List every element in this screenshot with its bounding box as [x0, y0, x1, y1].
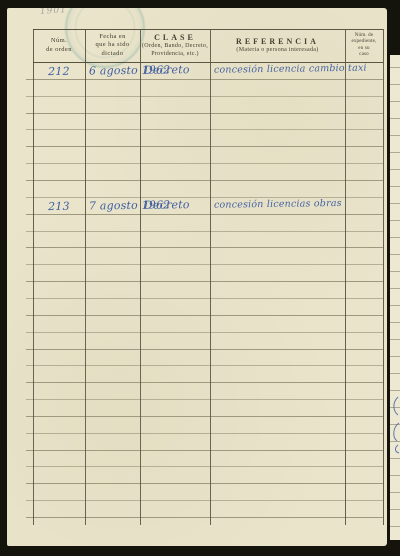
rule-line	[26, 129, 383, 130]
neighbor-ink-mark-icon	[390, 395, 400, 455]
entry-fecha: 6 agosto 1962	[89, 65, 139, 78]
header-title: CLASE	[154, 33, 196, 43]
column-header-clase: CLASE (Orden, Bando, Decreto, Providenci…	[140, 29, 210, 62]
rule-line	[390, 169, 400, 170]
rule-line	[390, 322, 400, 323]
entry-clase: Decreto	[144, 64, 208, 77]
rule-line	[26, 365, 383, 366]
header-text: (Orden, Bando, Decreto,	[142, 43, 208, 51]
rule-line	[26, 349, 383, 350]
rule-line	[390, 152, 400, 153]
rule-line	[390, 220, 400, 221]
rule-line	[390, 288, 400, 289]
rule-line	[390, 67, 400, 68]
header-text: dictado	[102, 50, 124, 58]
rule-line	[390, 118, 400, 119]
rule-line	[26, 483, 383, 484]
rule-line	[26, 298, 383, 299]
column-header-fecha: Fecha en que ha sido dictado	[85, 29, 140, 62]
rule-line	[26, 399, 383, 400]
rule-line	[383, 29, 384, 525]
rule-line	[390, 356, 400, 357]
rule-line	[26, 466, 383, 467]
next-page-edge	[390, 55, 400, 540]
header-text: Fecha en	[99, 33, 125, 41]
rule-line	[26, 500, 383, 501]
scanned-register-page: { "document": { "corner_note": "1901", "…	[0, 0, 400, 556]
entry-clase: Decreto	[144, 199, 208, 212]
rule-line	[210, 29, 211, 525]
rule-line	[26, 146, 383, 147]
rule-line	[390, 475, 400, 476]
rule-line	[390, 305, 400, 306]
rule-line	[26, 281, 383, 282]
rule-line	[390, 458, 400, 459]
column-header-referencia: REFERENCIA (Materia o persona interesada…	[210, 29, 345, 62]
entry-num: 213	[35, 200, 83, 213]
rule-line	[26, 96, 383, 97]
rule-line	[390, 526, 400, 527]
rule-line	[390, 254, 400, 255]
rule-line	[390, 509, 400, 510]
header-text: caso	[359, 52, 369, 59]
header-text: de orden	[46, 46, 72, 54]
rule-line	[26, 382, 383, 383]
header-title: REFERENCIA	[236, 37, 319, 47]
rule-line	[26, 231, 383, 232]
header-text: Núm.	[51, 37, 67, 45]
rule-line	[390, 271, 400, 272]
rule-line	[390, 203, 400, 204]
rule-line	[85, 29, 86, 525]
rule-line	[26, 163, 383, 164]
entry-fecha: 7 agosto 1962	[89, 200, 139, 213]
entry-num: 212	[35, 66, 83, 79]
ledger-sheet: 1901 Núm. de orden Fecha en que ha sido …	[7, 8, 387, 546]
rule-line	[26, 315, 383, 316]
rule-line	[26, 450, 383, 451]
rule-line	[390, 101, 400, 102]
rule-line	[26, 416, 383, 417]
rule-line	[26, 264, 383, 265]
header-text: Providencia, etc.)	[151, 51, 199, 59]
rule-line	[390, 135, 400, 136]
header-text: que ha sido	[95, 41, 129, 49]
corner-pencil-note: 1901	[40, 8, 68, 17]
column-header-num-orden: Núm. de orden	[33, 29, 85, 62]
rule-line	[140, 29, 141, 525]
column-header-expediente: Núm. de expediente, en su caso	[345, 29, 383, 62]
entry-referencia: concesión licencia cambio taxi	[214, 64, 344, 76]
ledger-entry: 2137 agosto 1962Decretoconcesión licenci…	[7, 196, 387, 223]
ledger-entry: 2126 agosto 1962Decretoconcesión licenci…	[7, 61, 387, 88]
entry-referencia: concesión licencias obras	[214, 199, 344, 211]
rule-line	[390, 492, 400, 493]
rule-line	[26, 113, 383, 114]
rule-line	[26, 332, 383, 333]
rule-line	[33, 29, 34, 525]
rule-line	[390, 339, 400, 340]
rule-line	[26, 517, 383, 518]
rule-line	[390, 237, 400, 238]
rule-line	[390, 186, 400, 187]
rule-line	[390, 84, 400, 85]
rule-line	[390, 373, 400, 374]
rule-line	[390, 390, 400, 391]
rule-line	[26, 247, 383, 248]
rule-line	[26, 433, 383, 434]
rule-line	[26, 180, 383, 181]
rule-line	[345, 29, 346, 525]
header-text: (Materia o persona interesada)	[236, 47, 318, 55]
